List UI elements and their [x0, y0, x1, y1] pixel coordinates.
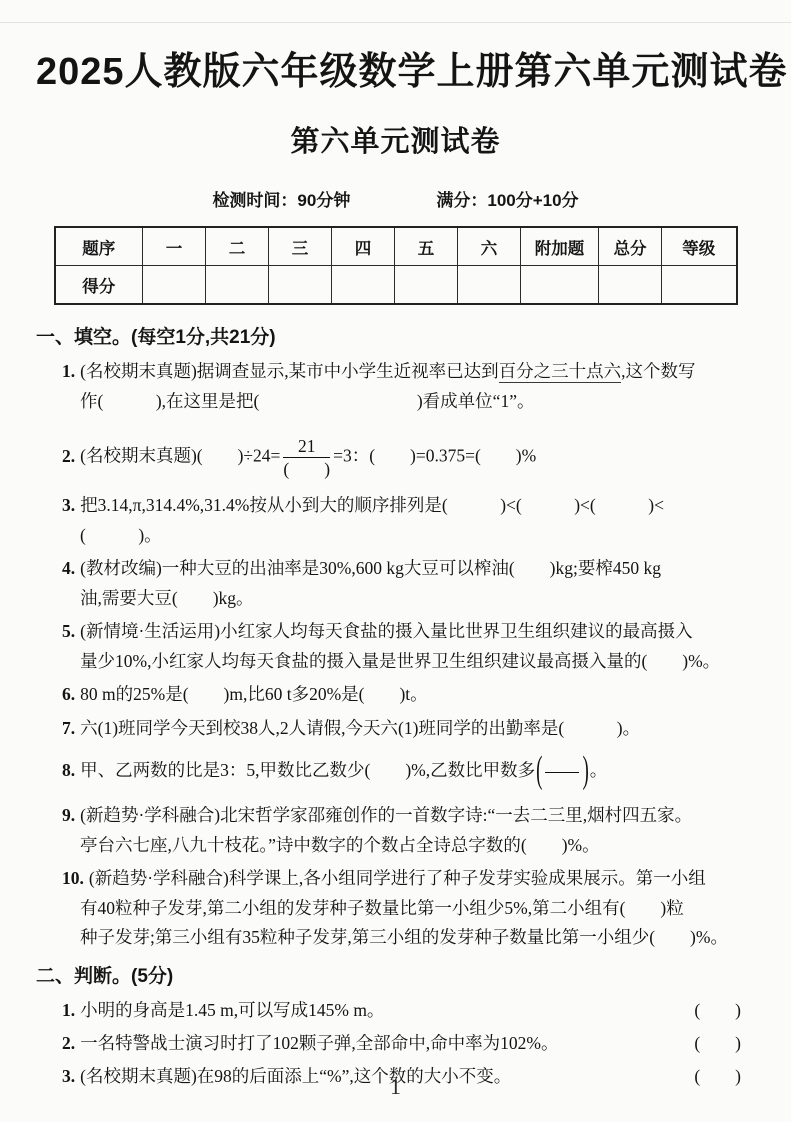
question-4-line-1: 4.(教材改编)一种大豆的出油率是30%,600 kg大豆可以榨油( )kg;要… — [36, 554, 755, 584]
question-number: 1. — [62, 1000, 75, 1020]
question-1-line-2: 作( ),在这里是把( )看成单位“1”。 — [36, 387, 755, 417]
question-text: 甲、乙两数的比是3：5,甲数比乙数少( )%,乙数比甲数多 — [80, 760, 535, 780]
judgment-2: 2.一名特警战士演习时打了102颗子弹,全部命中,命中率为102%。 ( ) — [36, 1027, 755, 1060]
underlined-term: 百分之三十点六 — [499, 361, 622, 383]
score-header-total: 总分 — [599, 227, 662, 266]
question-number: 4. — [62, 558, 75, 578]
question-text: =3：( )=0.375=( )% — [333, 446, 536, 466]
exam-duration: 检测时间：90分钟 — [212, 186, 350, 211]
question-9: 9.(新趋势·学科融合)北宋哲学家邵雍创作的一首数字诗:“一去二三里,烟村四五家… — [36, 801, 755, 860]
score-table-score-row: 得分 — [55, 266, 737, 305]
score-cell-empty — [521, 266, 599, 305]
question-6: 6.80 m的25%是( )m,比60 t多20%是( )t。 — [36, 680, 755, 710]
answer-parentheses: ( ) — [694, 1027, 741, 1060]
question-3-line-2: ( )。 — [36, 521, 755, 551]
question-2: 2.(名校期末真题)( )÷24=21( )=3：( )=0.375=( )% — [36, 428, 755, 485]
question-10-line-1: 10.(新趋势·学科融合)科学课上,各小组同学进行了种子发芽实验成果展示。第一小… — [36, 864, 755, 894]
question-number: 5. — [62, 621, 75, 641]
score-table-header-row: 题序 一 二 三 四 五 六 附加题 总分 等级 — [55, 227, 737, 266]
question-text: 亭台六七座,八九十枝花。”诗中数字的个数占全诗总字数的( )%。 — [80, 835, 600, 855]
judgment-2-text: 2.一名特警战士演习时打了102颗子弹,全部命中,命中率为102%。 — [62, 1027, 694, 1060]
score-header-2: 二 — [206, 227, 269, 266]
question-number: 1. — [62, 361, 75, 381]
question-text: 80 m的25%是( )m,比60 t多20%是( )t。 — [80, 684, 428, 704]
question-text: (名校期末真题)( )÷24= — [80, 446, 280, 466]
score-cell-empty — [458, 266, 521, 305]
question-9-line-2: 亭台六七座,八九十枝花。”诗中数字的个数占全诗总字数的( )%。 — [36, 831, 755, 861]
question-8-line-1: 8.甲、乙两数的比是3：5,甲数比乙数少( )%,乙数比甲数多()。 — [36, 749, 755, 793]
question-3: 3.把3.14,π,314.4%,31.4%按从小到大的顺序排列是( )<( )… — [36, 491, 755, 550]
judgment-1: 1.小明的身高是1.45 m,可以写成145% m。 ( ) — [36, 994, 755, 1027]
question-2-line-1: 2.(名校期末真题)( )÷24=21( )=3：( )=0.375=( )% — [36, 428, 755, 485]
question-text: 作( ),在这里是把( )看成单位“1”。 — [80, 391, 534, 411]
exam-total-score: 满分：100分+10分 — [436, 186, 578, 211]
question-7-line-1: 7.六(1)班同学今天到校38人,2人请假,今天六(1)班同学的出勤率是( )。 — [36, 714, 755, 744]
question-5-line-1: 5.(新情境·生活运用)小红家人均每天食盐的摄入量比世界卫生组织建议的最高摄入 — [36, 617, 755, 647]
question-number: 10. — [62, 868, 84, 888]
question-text: (新趋势·学科融合)北宋哲学家邵雍创作的一首数字诗:“一去二三里,烟村四五家。 — [80, 805, 692, 825]
question-1: 1.(名校期末真题)据调查显示,某市中小学生近视率已达到百分之三十点六,这个数写… — [36, 357, 755, 416]
question-number: 7. — [62, 718, 75, 738]
question-4: 4.(教材改编)一种大豆的出油率是30%,600 kg大豆可以榨油( )kg;要… — [36, 554, 755, 613]
fraction-numerator: 21 — [283, 436, 330, 458]
question-5: 5.(新情境·生活运用)小红家人均每天食盐的摄入量比世界卫生组织建议的最高摄入 … — [36, 617, 755, 676]
question-text: 种子发芽;第三小组有35粒种子发芽,第三小组的发芽种子数量比第一小组少( )%。 — [80, 927, 728, 947]
section1-heading: 一、填空。(每空1分,共21分) — [36, 322, 755, 349]
question-5-line-2: 量少10%,小红家人均每天食盐的摄入量是世界卫生组织建议最高摄入量的( )%。 — [36, 647, 755, 677]
question-7: 7.六(1)班同学今天到校38人,2人请假,今天六(1)班同学的出勤率是( )。 — [36, 714, 755, 744]
question-text: (新趋势·学科融合)科学课上,各小组同学进行了种子发芽实验成果展示。第一小组 — [89, 868, 706, 888]
question-number: 9. — [62, 805, 75, 825]
question-text: (名校期末真题)据调查显示,某市中小学生近视率已达到 — [80, 361, 499, 381]
question-text: 六(1)班同学今天到校38人,2人请假,今天六(1)班同学的出勤率是( )。 — [80, 718, 640, 738]
question-10-line-3: 种子发芽;第三小组有35粒种子发芽,第三小组的发芽种子数量比第一小组少( )%。 — [36, 923, 755, 953]
exam-paper-page: 2025人教版六年级数学上册第六单元测试卷 第六单元测试卷 检测时间：90分钟 … — [0, 0, 791, 1093]
exam-info-row: 检测时间：90分钟 满分：100分+10分 — [36, 186, 755, 211]
scan-artifact-line — [0, 22, 791, 23]
score-cell-empty — [143, 266, 206, 305]
question-1-line-1: 1.(名校期末真题)据调查显示,某市中小学生近视率已达到百分之三十点六,这个数写 — [36, 357, 755, 387]
fraction-blank: 21( ) — [283, 436, 330, 479]
question-9-line-1: 9.(新趋势·学科融合)北宋哲学家邵雍创作的一首数字诗:“一去二三里,烟村四五家… — [36, 801, 755, 831]
question-text: ( )。 — [80, 525, 162, 545]
question-3-line-1: 3.把3.14,π,314.4%,31.4%按从小到大的顺序排列是( )<( )… — [36, 491, 755, 521]
big-paren-open: ( — [535, 730, 543, 814]
question-text: 小明的身高是1.45 m,可以写成145% m。 — [80, 1000, 384, 1020]
score-header-tixu: 题序 — [55, 227, 143, 266]
question-text: 量少10%,小红家人均每天食盐的摄入量是世界卫生组织建议最高摄入量的( )%。 — [80, 651, 720, 671]
score-header-grade: 等级 — [662, 227, 737, 266]
score-cell-empty — [662, 266, 737, 305]
fraction-blank-line — [545, 772, 579, 773]
question-text: ,这个数写 — [621, 361, 695, 381]
score-cell-empty — [206, 266, 269, 305]
answer-parentheses: ( ) — [694, 994, 741, 1027]
question-6-line-1: 6.80 m的25%是( )m,比60 t多20%是( )t。 — [36, 680, 755, 710]
page-number: 1 — [0, 1074, 791, 1100]
score-header-1: 一 — [143, 227, 206, 266]
question-text: 有40粒种子发芽,第二小组的发芽种子数量比第一小组少5%,第二小组有( )粒 — [80, 898, 684, 918]
judgment-1-text: 1.小明的身高是1.45 m,可以写成145% m。 — [62, 994, 694, 1027]
question-number: 2. — [62, 446, 75, 466]
question-text: 一名特警战士演习时打了102颗子弹,全部命中,命中率为102%。 — [80, 1033, 558, 1053]
question-number: 2. — [62, 1033, 75, 1053]
question-text: (新情境·生活运用)小红家人均每天食盐的摄入量比世界卫生组织建议的最高摄入 — [80, 621, 692, 641]
section1-questions: 1.(名校期末真题)据调查显示,某市中小学生近视率已达到百分之三十点六,这个数写… — [36, 357, 755, 953]
score-table: 题序 一 二 三 四 五 六 附加题 总分 等级 得分 — [54, 226, 738, 305]
question-number: 8. — [62, 760, 75, 780]
fraction-denominator: ( ) — [283, 458, 330, 479]
question-10: 10.(新趋势·学科融合)科学课上,各小组同学进行了种子发芽实验成果展示。第一小… — [36, 864, 755, 953]
question-text: 。 — [590, 760, 608, 780]
exam-subtitle: 第六单元测试卷 — [36, 119, 755, 160]
score-header-4: 四 — [332, 227, 395, 266]
question-4-line-2: 油,需要大豆( )kg。 — [36, 584, 755, 614]
question-8: 8.甲、乙两数的比是3：5,甲数比乙数少( )%,乙数比甲数多()。 — [36, 749, 755, 793]
score-header-5: 五 — [395, 227, 458, 266]
big-paren-close: ) — [581, 730, 589, 814]
question-text: 把3.14,π,314.4%,31.4%按从小到大的顺序排列是( )<( )<(… — [80, 495, 664, 515]
score-cell-empty — [332, 266, 395, 305]
document-title: 2025人教版六年级数学上册第六单元测试卷 — [36, 40, 755, 95]
score-cell-empty — [395, 266, 458, 305]
score-cell-empty — [599, 266, 662, 305]
score-row-label: 得分 — [55, 266, 143, 305]
score-cell-empty — [269, 266, 332, 305]
score-header-bonus: 附加题 — [521, 227, 599, 266]
question-10-line-2: 有40粒种子发芽,第二小组的发芽种子数量比第一小组少5%,第二小组有( )粒 — [36, 894, 755, 924]
section2-heading: 二、判断。(5分) — [36, 961, 755, 988]
question-number: 6. — [62, 684, 75, 704]
question-text: (教材改编)一种大豆的出油率是30%,600 kg大豆可以榨油( )kg;要榨4… — [80, 558, 661, 578]
question-number: 3. — [62, 495, 75, 515]
score-header-6: 六 — [458, 227, 521, 266]
score-header-3: 三 — [269, 227, 332, 266]
question-text: 油,需要大豆( )kg。 — [80, 588, 254, 608]
